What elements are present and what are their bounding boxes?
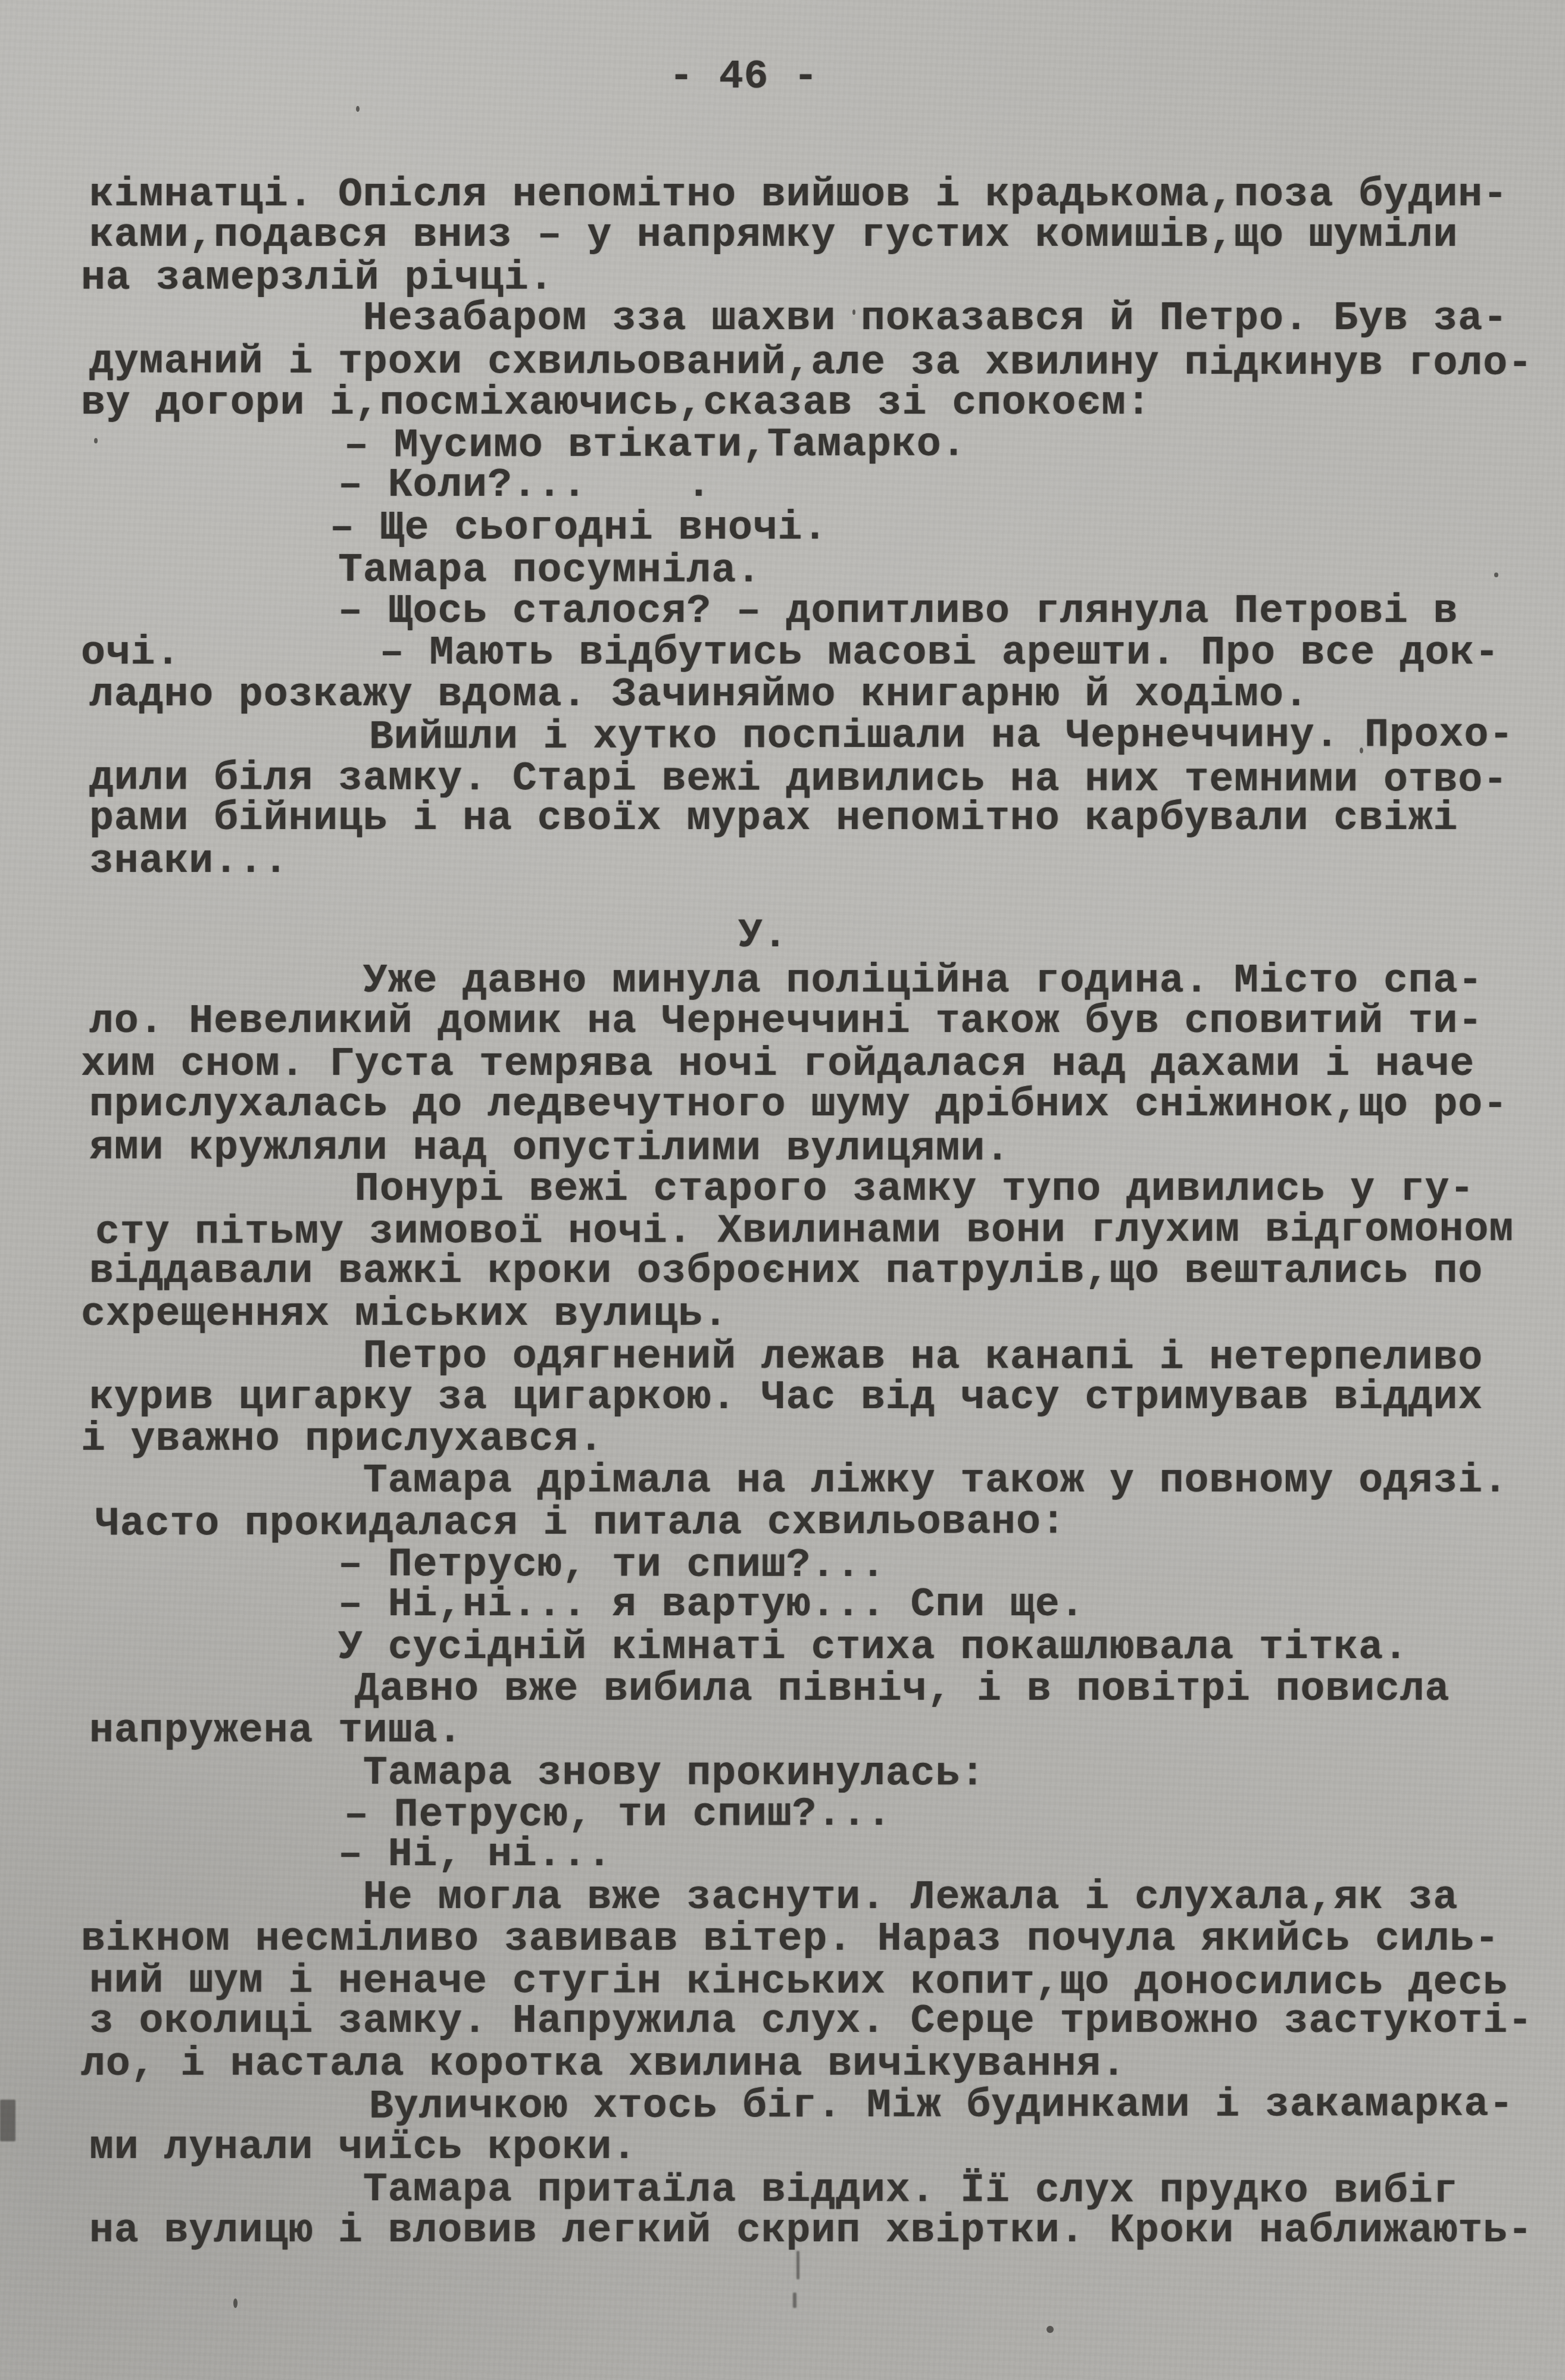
text-line: курив цигарку за цигаркою. Час від часу …: [89, 1377, 1565, 1419]
text-line: на вулицю і вловив легкий скрип хвіртки.…: [89, 2210, 1565, 2252]
text-line: – Мусимо втікати,Тамарко.: [95, 423, 1565, 467]
text-line: кімнатці. Опісля непомітно вийшов і крад…: [89, 174, 1565, 216]
text-line: ями кружляли над опустілими вулицями.: [89, 1127, 1565, 1171]
text-line: хим сном. Густа темрява ночі гойдалася н…: [81, 1044, 1557, 1086]
ink-smudge: [793, 2293, 796, 2308]
text-block-2: Уже давно минула поліційна година. Місто…: [0, 961, 1565, 2252]
ink-speck: [356, 106, 360, 112]
ink-speck: [94, 438, 98, 443]
text-line: – Петрусю, ти спиш?...: [89, 1544, 1565, 1587]
text-line: дили біля замку. Старі вежі дивились на …: [89, 758, 1565, 801]
text-line: Петро одягнений лежав на канапі і нетерп…: [89, 1336, 1565, 1379]
text-line: Не могла вже заснути. Лежала і слухала,я…: [89, 1877, 1565, 1919]
text-line: віддавали важкі кроки озброєних патрулів…: [89, 1251, 1565, 1293]
text-line: – Петрусю, ти спиш?...: [95, 1792, 1565, 1837]
text-line: Часто прокидалася і питала схвильовано:: [95, 1500, 1565, 1545]
ink-speck: [1047, 2326, 1054, 2333]
text-line: ло, і настала коротка хвилина вичікуванн…: [81, 2044, 1557, 2085]
ink-speck: [233, 2298, 238, 2308]
text-line: ний шум і неначе стугін кінських копит,щ…: [89, 1960, 1565, 2004]
text-line: вікном несміливо завивав вітер. Нараз по…: [81, 1919, 1557, 1960]
text-line: – Ні,ні... я вартую... Спи ще.: [89, 1584, 1565, 1626]
text-line: Вуличкою хтось біг. Між будинками і зака…: [95, 2084, 1565, 2128]
text-line: напружена тиша.: [89, 1710, 1565, 1752]
text-block-1: кімнатці. Опісля непомітно вийшов і крад…: [0, 174, 1565, 883]
text-line: і уважно прислухався.: [81, 1419, 1557, 1460]
text-line: прислухалась до ледвечутного шуму дрібни…: [89, 1084, 1565, 1126]
ink-speck: [571, 977, 575, 982]
text-line: ми лунали чиїсь кроки.: [89, 2127, 1565, 2169]
text-line: думаний і трохи схвильований,але за хвил…: [89, 341, 1565, 384]
section-heading: У.: [0, 915, 1565, 957]
text-line: ладно розкажу вдома. Зачиняймо книгарню …: [89, 674, 1565, 716]
text-line: схрещеннях міських вулиць.: [81, 1294, 1557, 1336]
text-line: знаки...: [89, 841, 1565, 883]
text-line: Незабаром зза шахви показався й Петро. Б…: [89, 298, 1565, 340]
page-number: - 46 -: [0, 0, 1488, 98]
text-line: Тамара притаїла віддих. Її слух прудко в…: [89, 2169, 1565, 2212]
text-line: Давно вже вибила північ, і в повітрі пов…: [81, 1669, 1557, 1710]
ink-speck: [852, 309, 855, 315]
text-line: сту пітьму зимової ночі. Хвилинами вони …: [95, 1209, 1565, 1253]
text-line: – Щось сталося? – допитливо глянула Петр…: [89, 591, 1565, 633]
ink-smudge: [0, 2100, 15, 2141]
text-line: Тамара знову прокинулась:: [89, 1752, 1565, 1796]
ink-smudge: [796, 2251, 799, 2279]
text-line: Понурі вежі старого замку тупо дивились …: [81, 1169, 1557, 1211]
text-line: рами бійниць і на своїх мурах непомітно …: [89, 798, 1565, 840]
text-line: на замерзлій річці.: [81, 258, 1557, 299]
text-line: Вийшли і хутко поспішали на Чернеччину. …: [95, 714, 1565, 759]
scanned-page: - 46 - кімнатці. Опісля непомітно вийшов…: [0, 0, 1565, 2380]
text-line: – Ще сьогодні вночі.: [81, 508, 1557, 549]
ink-speck: [1360, 748, 1363, 753]
ink-speck: [1222, 1470, 1224, 1475]
text-line: У сусідній кімнаті стиха покашлювала тіт…: [89, 1627, 1565, 1669]
text-line: ву догори і,посміхаючись,сказав зі споко…: [81, 383, 1557, 424]
ink-speck: [1494, 573, 1498, 577]
text-line: ками,подався вниз – у напрямку густих ко…: [89, 215, 1565, 257]
text-line: Тамара посумніла.: [89, 549, 1565, 593]
text-line: Тамара дрімала на ліжку також у повному …: [89, 1460, 1565, 1502]
text-line: ло. Невеликий домик на Чернеччині також …: [89, 1001, 1565, 1043]
text-line: з околиці замку. Напружила слух. Серце т…: [89, 2001, 1565, 2043]
text-line: очі. – Мають відбутись масові арешти. Пр…: [81, 633, 1557, 674]
text-line: – Коли?... .: [89, 465, 1565, 506]
text-line: – Ні, ні...: [89, 1834, 1565, 1876]
text-line: Уже давно минула поліційна година. Місто…: [89, 961, 1565, 1002]
